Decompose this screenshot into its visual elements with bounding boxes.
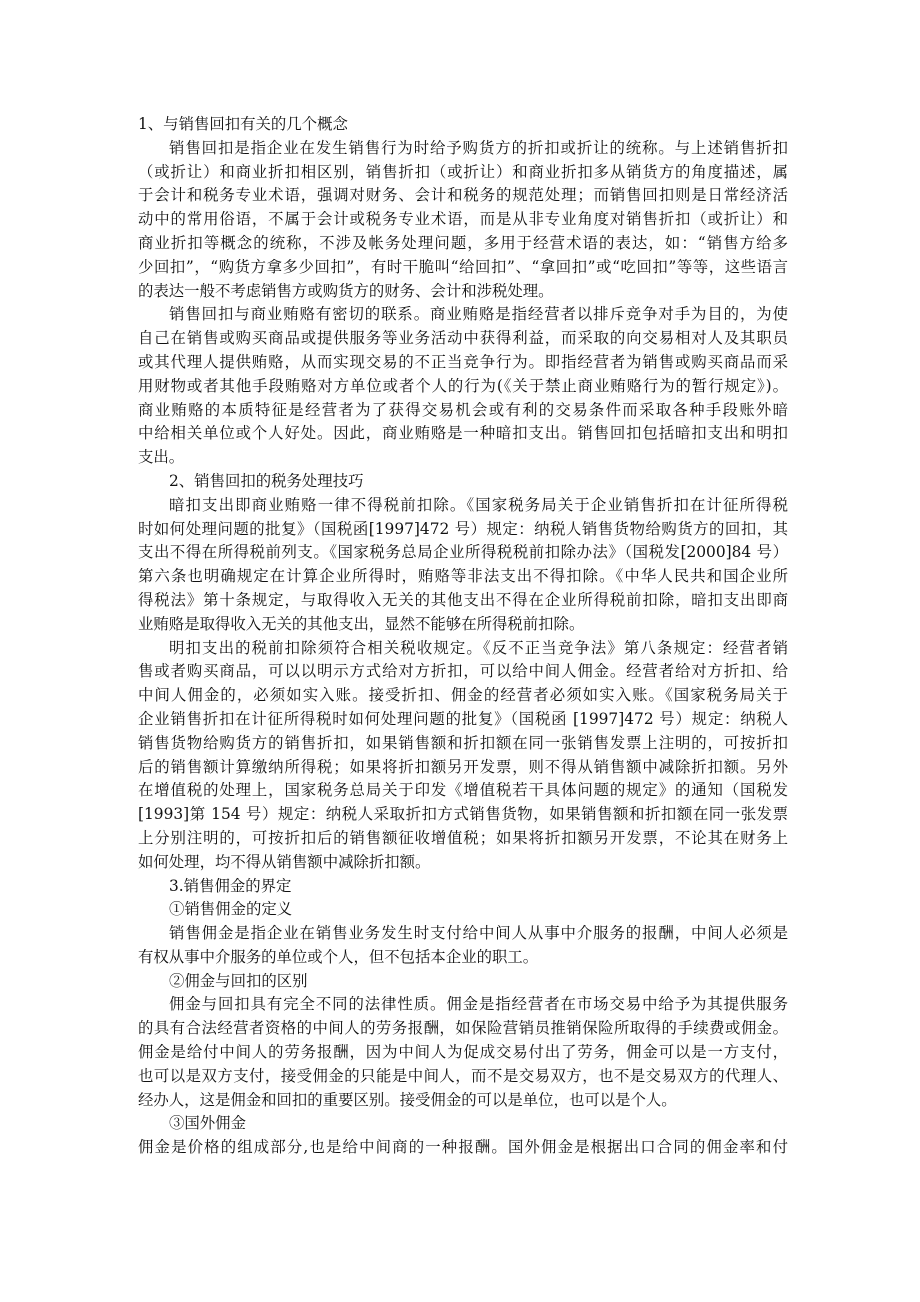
paragraph-line: 佣金是给付中间人的劳务报酬，因为中间人为促成交易付出了劳务，佣金可以是一方支付， [138, 1041, 788, 1065]
paragraph-line: 支出。 [138, 446, 788, 470]
section-1-heading: 1、与销售回扣有关的几个概念 [138, 113, 788, 137]
paragraph-line: 佣金是价格的组成部分,也是给中间商的一种报酬。国外佣金是根据出口合同的佣金率和付 [138, 1136, 788, 1160]
paragraph-line: 商业贿赂的本质特征是经营者为了获得交易机会或有利的交易条件而采取各种手段账外暗 [138, 399, 788, 423]
paragraph-line: 中间人佣金的，必须如实入账。接受折扣、佣金的经营者必须如实入账。《国家税务局关于 [138, 684, 788, 708]
paragraph-line: 如何处理，均不得从销售额中减除折扣额。 [138, 851, 788, 875]
paragraph-line: 得税法》第十条规定，与取得收入无关的其他支出不得在企业所得税前扣除，暗扣支出即商 [138, 589, 788, 613]
section-3-heading: 3.销售佣金的界定 [138, 875, 788, 899]
paragraph-line: 售或者购买商品，可以以明示方式给对方折扣，可以给中间人佣金。经营者给对方折扣、给 [138, 660, 788, 684]
section-2-heading: 2、销售回扣的税务处理技巧 [138, 470, 788, 494]
subsection-heading: ③国外佣金 [138, 1112, 788, 1136]
paragraph-line: 商业折扣等概念的统称，不涉及帐务处理问题，多用于经营术语的表达，如：“销售方给多 [138, 232, 788, 256]
paragraph-line: 企业销售折扣在计征所得税时如何处理问题的批复》（国税函 [1997]472 号）… [138, 708, 788, 732]
paragraph-line: 或其代理人提供贿赂，从而实现交易的不正当竞争行为。即指经营者为销售或购买商品而采 [138, 351, 788, 375]
paragraph-line: 的具有合法经营者资格的中间人的劳务报酬，如保险营销员推销保险所取得的手续费或佣金… [138, 1017, 788, 1041]
paragraph-line: 动中的常用俗语，不属于会计或税务专业术语，而是从非专业角度对销售折扣（或折让）和 [138, 208, 788, 232]
paragraph-line: 时如何处理问题的批复》（国税函[1997]472 号）规定：纳税人销售货物给购货… [138, 518, 788, 542]
subsection-heading: ②佣金与回扣的区别 [138, 970, 788, 994]
paragraph-line: 销售佣金是指企业在销售业务发生时支付给中间人从事中介服务的报酬，中间人必须是 [138, 922, 788, 946]
paragraph-line: 后的销售额计算缴纳所得税；如果将折扣额另开发票，则不得从销售额中减除折扣额。另外 [138, 756, 788, 780]
paragraph-line: 少回扣”，“购货方拿多少回扣”，有时干脆叫“给回扣”、“拿回扣”或“吃回扣”等等… [138, 256, 788, 280]
paragraph-line: 佣金与回扣具有完全不同的法律性质。佣金是指经营者在市场交易中给予为其提供服务 [138, 993, 788, 1017]
paragraph-line: 也可以是双方支付，接受佣金的只能是中间人，而不是交易双方，也不是交易双方的代理人… [138, 1065, 788, 1089]
paragraph-line: 自己在销售或购买商品或提供服务等业务活动中获得利益，而采取的向交易相对人及其职员 [138, 327, 788, 351]
paragraph-line: 上分别注明的，可按折扣后的销售额征收增值税；如果将折扣额另开发票，不论其在财务上 [138, 827, 788, 851]
paragraph-line: 业贿赂是取得收入无关的其他支出，显然不能够在所得税前扣除。 [138, 613, 788, 637]
document-page: 1、与销售回扣有关的几个概念 销售回扣是指企业在发生销售行为时给予购货方的折扣或… [138, 113, 788, 1160]
paragraph-line: 明扣支出的税前扣除须符合相关税收规定。《反不正当竞争法》第八条规定：经营者销 [138, 637, 788, 661]
paragraph-line: 用财物或者其他手段贿赂对方单位或者个人的行为(《关于禁止商业贿赂行为的暂行规定》… [138, 375, 788, 399]
paragraph-line: 暗扣支出即商业贿赂一律不得税前扣除。《国家税务局关于企业销售折扣在计征所得税 [138, 494, 788, 518]
paragraph-line: 支出不得在所得税前列支。《国家税务总局企业所得税税前扣除办法》（国税发[2000… [138, 541, 788, 565]
paragraph-line: [1993]第 154 号）规定：纳税人采取折扣方式销售货物，如果销售额和折扣额… [138, 803, 788, 827]
subsection-heading: ①销售佣金的定义 [138, 898, 788, 922]
paragraph-line: 有权从事中介服务的单位或个人，但不包括本企业的职工。 [138, 946, 788, 970]
paragraph-line: 于会计和税务专业术语，强调对财务、会计和税务的规范处理；而销售回扣则是日常经济活 [138, 184, 788, 208]
paragraph-line: 中给相关单位或个人好处。因此，商业贿赂是一种暗扣支出。销售回扣包括暗扣支出和明扣 [138, 422, 788, 446]
paragraph-line: 经办人，这是佣金和回扣的重要区别。接受佣金的可以是单位，也可以是个人。 [138, 1089, 788, 1113]
paragraph-line: 第六条也明确规定在计算企业所得时，贿赂等非法支出不得扣除。《中华人民共和国企业所 [138, 565, 788, 589]
paragraph-line: （或折让）和商业折扣相区别，销售折扣（或折让）和商业折扣多从销货方的角度描述，属 [138, 161, 788, 185]
paragraph-line: 销售回扣与商业贿赂有密切的联系。商业贿赂是指经营者以排斥竞争对手为目的，为使 [138, 303, 788, 327]
paragraph-line: 在增值税的处理上，国家税务总局关于印发《增值税若干具体问题的规定》的通知（国税发 [138, 779, 788, 803]
paragraph-line: 的表达一般不考虑销售方或购货方的财务、会计和涉税处理。 [138, 280, 788, 304]
paragraph-line: 销售回扣是指企业在发生销售行为时给予购货方的折扣或折让的统称。与上述销售折扣 [138, 137, 788, 161]
paragraph-line: 销售货物给购货方的销售折扣，如果销售额和折扣额在同一张销售发票上注明的，可按折扣 [138, 732, 788, 756]
